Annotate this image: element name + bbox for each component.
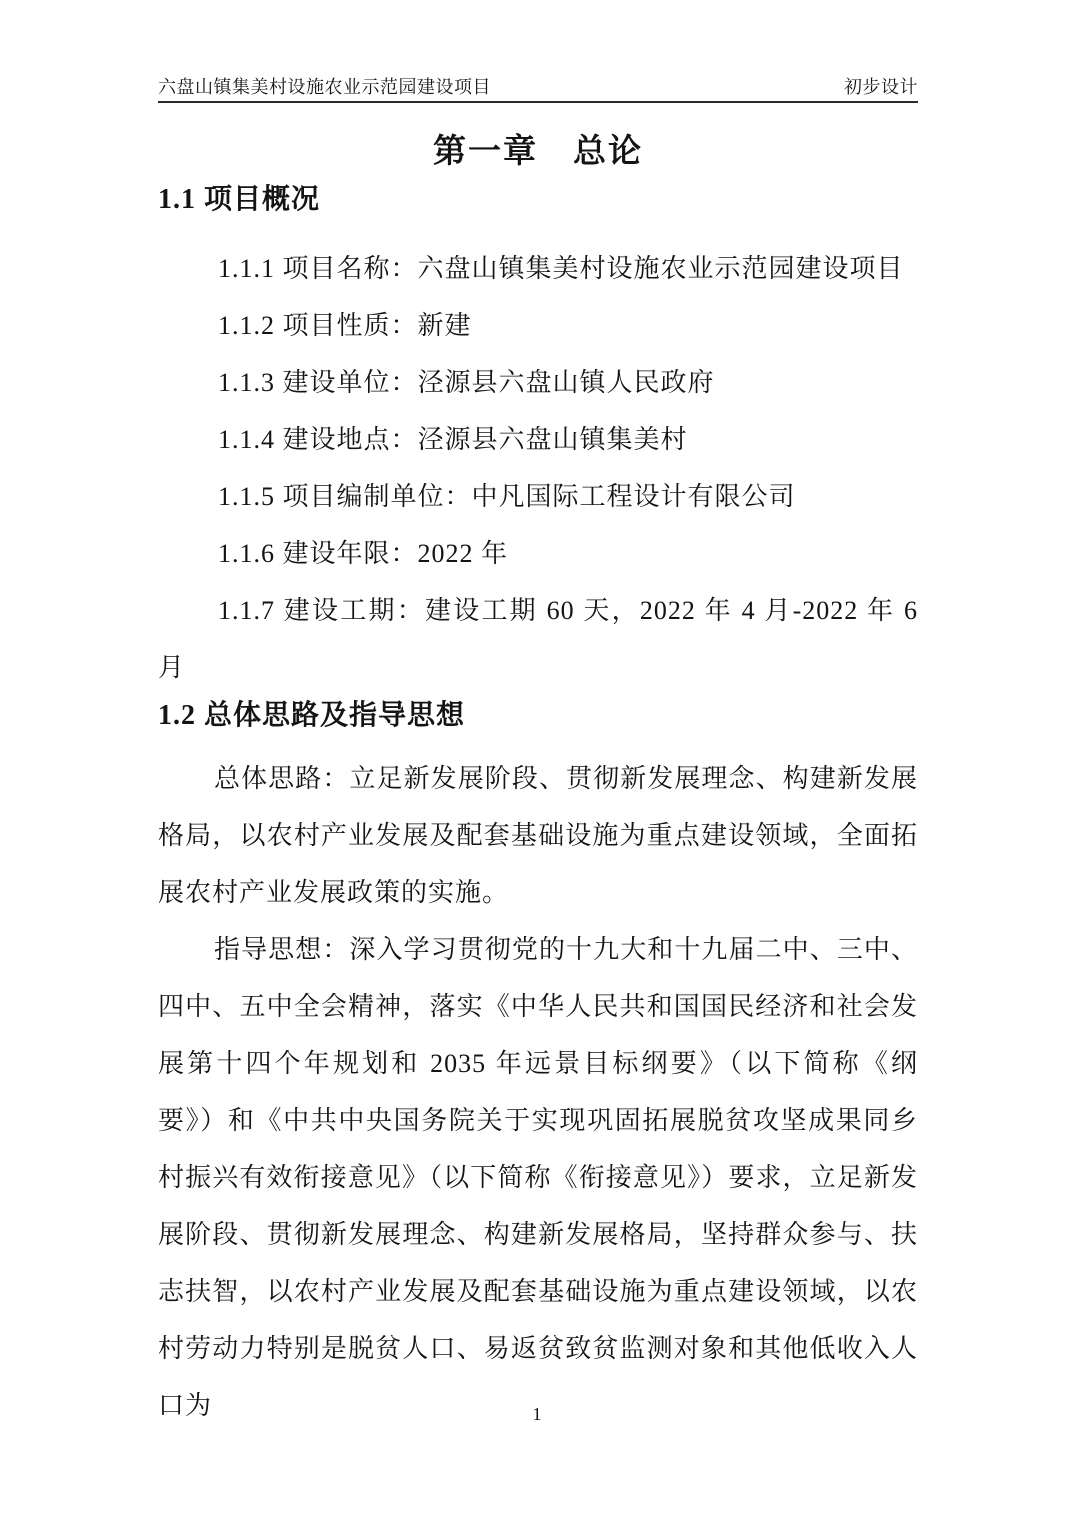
para-construction-year: 1.1.6 建设年限：2022 年 xyxy=(158,525,918,582)
para-general-idea: 总体思路：立足新发展阶段、贯彻新发展理念、构建新发展格局，以农村产业发展及配套基… xyxy=(158,750,918,921)
para-project-name: 1.1.1 项目名称：六盘山镇集美村设施农业示范园建设项目 xyxy=(158,240,918,297)
construction-period-line2: 月 xyxy=(158,639,918,696)
para-construction-site: 1.1.4 建设地点：泾源县六盘山镇集美村 xyxy=(158,411,918,468)
document-body: 第一章 总论 1.1 项目概况 1.1.1 项目名称：六盘山镇集美村设施农业示范… xyxy=(158,0,918,1434)
construction-period-line1: 1.1.7 建设工期：建设工期 60 天，2022 年 4 月-2022 年 6 xyxy=(158,582,918,639)
section-heading-1-1: 1.1 项目概况 xyxy=(158,180,918,220)
para-project-nature: 1.1.2 项目性质：新建 xyxy=(158,297,918,354)
para-guiding-ideology: 指导思想：深入学习贯彻党的十九大和十九届二中、三中、四中、五中全会精神，落实《中… xyxy=(158,921,918,1434)
document-page: 六盘山镇集美村设施农业示范园建设项目 初步设计 第一章 总论 1.1 项目概况 … xyxy=(0,0,1074,1520)
section-heading-1-2: 1.2 总体思路及指导思想 xyxy=(158,696,918,736)
chapter-title: 第一章 总论 xyxy=(158,130,918,174)
project-overview-items: 1.1.1 项目名称：六盘山镇集美村设施农业示范园建设项目 1.1.2 项目性质… xyxy=(158,240,918,696)
para-compiling-unit: 1.1.5 项目编制单位：中凡国际工程设计有限公司 xyxy=(158,468,918,525)
para-construction-unit: 1.1.3 建设单位：泾源县六盘山镇人民政府 xyxy=(158,354,918,411)
page-number: 1 xyxy=(0,1402,1074,1426)
para-construction-period: 1.1.7 建设工期：建设工期 60 天，2022 年 4 月-2022 年 6… xyxy=(158,582,918,696)
